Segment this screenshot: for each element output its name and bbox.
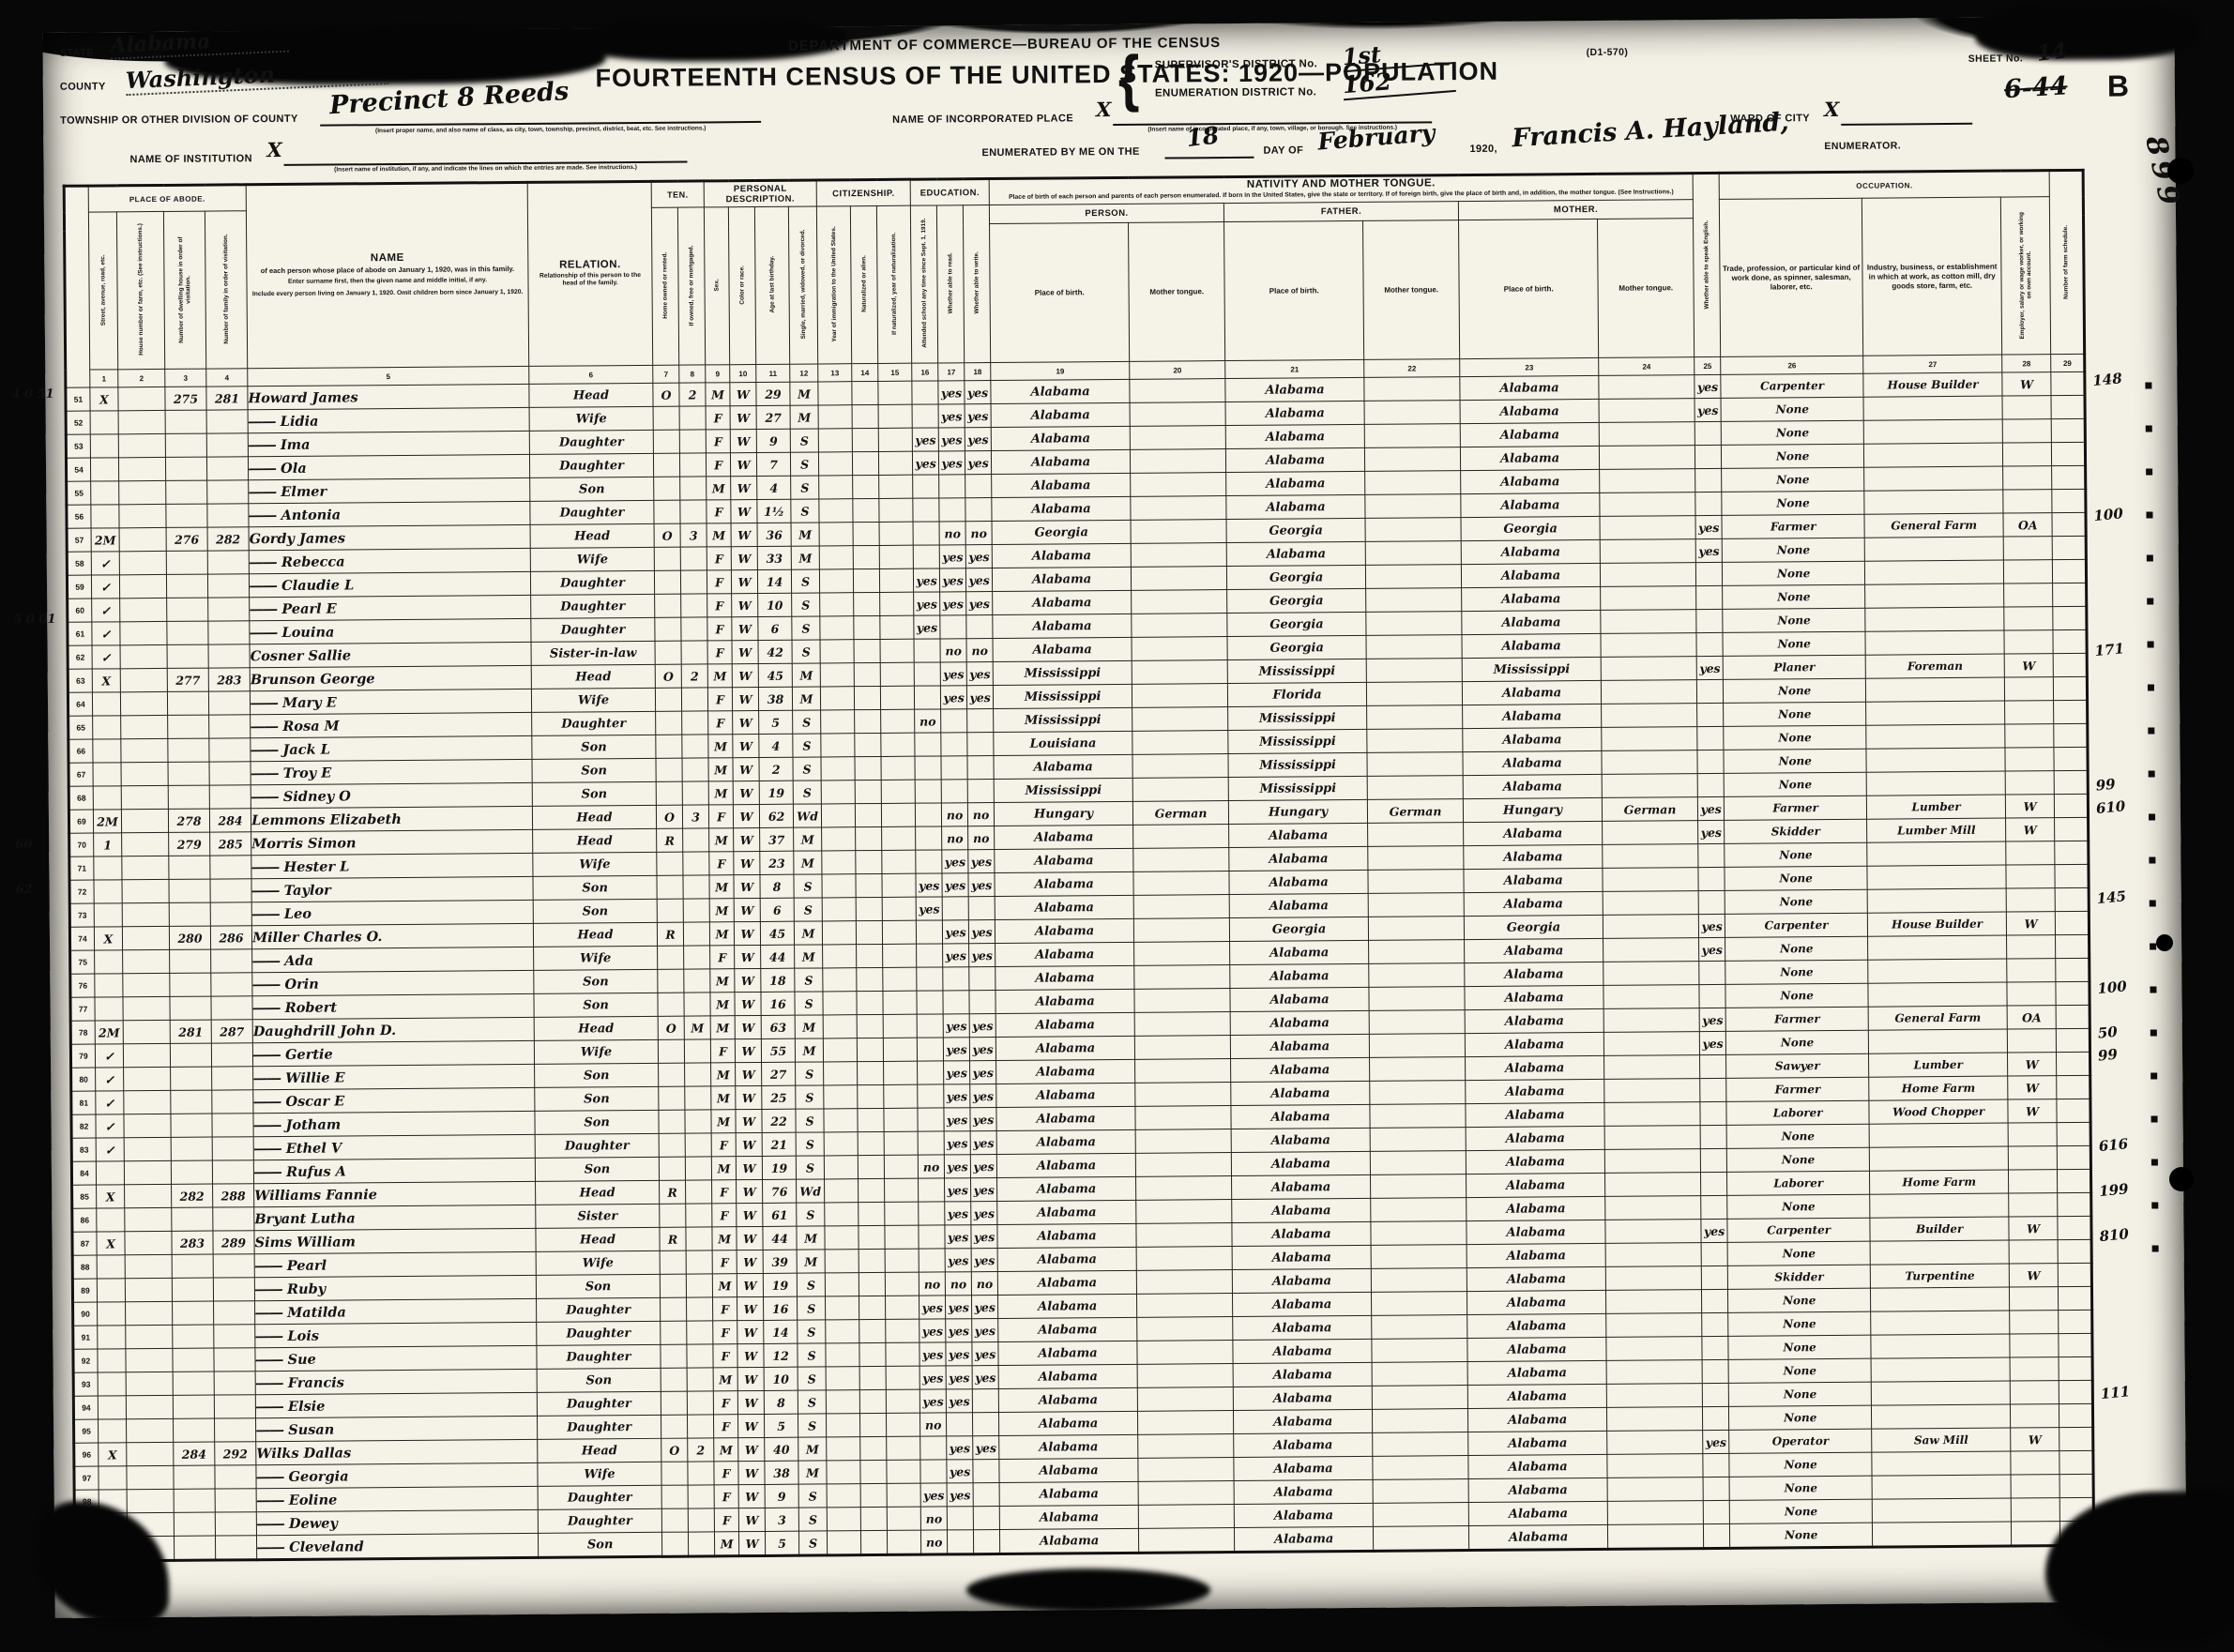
cell-rel: Son: [533, 875, 657, 900]
cell-race: W: [733, 757, 759, 781]
cell-e17: [941, 733, 967, 756]
left-margin-number: 5 0 01: [13, 613, 55, 627]
cell-emp: [2011, 1404, 2059, 1428]
col-header-18: Whether able to write.: [963, 205, 990, 363]
cell-hn: [126, 1348, 173, 1372]
cell-c15: [883, 1014, 917, 1038]
cell-emp: [2004, 584, 2053, 607]
cell-ft: [1367, 752, 1463, 777]
cell-name: Bryant Lutha: [254, 1205, 536, 1230]
cell-occ: None: [1729, 1499, 1872, 1523]
cell-e16: [915, 686, 941, 709]
right-margin-number: 50: [2097, 1023, 2118, 1042]
cell-age: 22: [762, 1109, 796, 1132]
column-number: 10: [730, 364, 756, 382]
cell-c13: [820, 687, 854, 710]
cell-mar: M: [794, 921, 822, 945]
cell-dw: 277: [167, 668, 208, 691]
cell-own: O: [653, 383, 679, 406]
cell-pb: Alabama: [991, 402, 1130, 427]
cell-e16: yes: [913, 451, 939, 475]
cell-c13: [821, 734, 855, 757]
cell-occ: Sawyer: [1726, 1053, 1869, 1078]
cell-age: 21: [762, 1132, 796, 1156]
enumerated-year: 1920,: [1469, 144, 1497, 155]
cell-st: ✓: [96, 1138, 124, 1161]
cell-st: [96, 1161, 124, 1185]
cell-eng: yes: [1696, 656, 1723, 679]
cell-e16: no: [919, 1272, 945, 1296]
cell-hn: [127, 1489, 174, 1512]
cell-c14: [859, 1202, 885, 1225]
cell-c14: [860, 1436, 887, 1460]
cell-fb: Alabama: [1233, 1386, 1372, 1410]
cell-race: W: [730, 429, 756, 452]
cell-name: ―― Oscar E: [253, 1087, 535, 1113]
cell-pt: [1132, 754, 1228, 779]
cell-sex: M: [711, 1110, 736, 1133]
cell-st: [93, 786, 121, 810]
cell-mt: [1606, 1337, 1702, 1361]
cell-fb: Hungary: [1228, 799, 1367, 824]
cell-farm: [2054, 747, 2088, 770]
cell-hn: [126, 1395, 173, 1418]
cell-fb: Alabama: [1233, 1292, 1372, 1316]
cell-name: ―― Mary E: [250, 689, 531, 714]
cell-ft: [1369, 963, 1465, 988]
cell-own: [654, 477, 680, 500]
cell-fb: Georgia: [1226, 518, 1365, 542]
cell-occ: None: [1725, 1030, 1868, 1054]
cell-fm: [681, 641, 707, 664]
cell-mb: Alabama: [1463, 727, 1602, 751]
column-number: 25: [1694, 356, 1721, 374]
cell-occ: None: [1724, 772, 1866, 796]
cell-race: W: [736, 1085, 762, 1109]
cell-pt: [1134, 965, 1230, 990]
cell-eng: yes: [1698, 796, 1725, 820]
cell-st: [93, 739, 121, 763]
cell-c15: [886, 1296, 919, 1319]
cell-e17: yes: [942, 920, 968, 944]
cell-hn: [124, 1160, 171, 1184]
column-number: 13: [818, 364, 852, 382]
cell-fb: Mississippi: [1228, 729, 1367, 753]
cell-ind: [1866, 748, 2005, 772]
cell-sex: F: [710, 1039, 735, 1063]
cell-name: ―― Pearl: [254, 1251, 536, 1277]
cell-fam: [211, 973, 252, 996]
cell-mb: Alabama: [1468, 1478, 1607, 1502]
cell-farm: [2057, 1145, 2090, 1169]
cell-e18: no: [965, 522, 992, 545]
cell-rel: Wife: [534, 1039, 658, 1064]
cell-fb: Alabama: [1226, 471, 1365, 495]
cell-name: ―― Orin: [252, 970, 534, 995]
cell-age: 2: [759, 757, 793, 781]
cell-fam: 283: [208, 668, 250, 691]
left-margin-number: 4 0 51: [11, 387, 53, 402]
cell-rel: Son: [535, 1086, 659, 1111]
cell-race: W: [731, 546, 757, 569]
cell-name: ―― Rosa M: [251, 712, 532, 737]
cell-st: X: [99, 1443, 127, 1466]
cell-mb: Alabama: [1467, 1243, 1605, 1267]
cell-mar: S: [793, 781, 821, 804]
cell-c14: [855, 733, 881, 756]
cell-age: 10: [764, 1367, 798, 1390]
column-number: 16: [912, 363, 938, 381]
cell-pt: [1133, 895, 1229, 919]
cell-pb: Alabama: [999, 1505, 1138, 1529]
cell-name: ―― Antonia: [249, 501, 530, 526]
column-number: 26: [1721, 356, 1863, 374]
cell-fm: [683, 875, 709, 899]
cell-c14: [856, 826, 882, 850]
cell-rel: Daughter: [532, 711, 656, 735]
cell-c13: [827, 1461, 860, 1484]
person-pob-header: Place of birth.: [990, 222, 1130, 362]
cell-e16: yes: [914, 615, 940, 639]
cell-sex: M: [711, 1157, 736, 1180]
cell-hn: [125, 1254, 172, 1278]
cell-mt: [1601, 680, 1696, 705]
cell-fm: [679, 406, 706, 430]
column-number: 1: [90, 370, 118, 387]
line-number: 73: [69, 903, 94, 927]
cell-fam: [210, 856, 251, 879]
cell-eng: yes: [1698, 914, 1725, 937]
cell-emp: [2005, 748, 2054, 771]
cell-st: 2M: [91, 528, 119, 552]
cell-fm: M: [684, 1016, 710, 1039]
cell-occ: Skidder: [1725, 819, 1867, 843]
cell-eng: [1698, 867, 1725, 890]
cell-pt: [1132, 614, 1227, 638]
cell-rel: Daughter: [537, 1344, 661, 1369]
cell-fam: [212, 1067, 253, 1090]
cell-occ: None: [1728, 1311, 1871, 1336]
cell-fb: Alabama: [1232, 1198, 1371, 1222]
cell-age: 37: [760, 827, 794, 851]
cell-mb: Alabama: [1462, 563, 1601, 587]
cell-pb: Alabama: [995, 942, 1134, 966]
line-number-column-header: [64, 186, 90, 387]
cell-e18: [973, 1506, 999, 1529]
cell-age: 55: [761, 1038, 795, 1062]
cell-pt: [1132, 567, 1227, 591]
cell-age: 16: [764, 1296, 798, 1320]
cell-occ: None: [1726, 1124, 1869, 1148]
column-number: 5: [248, 366, 529, 386]
cell-rel: Wife: [530, 547, 654, 571]
cell-e16: no: [921, 1530, 948, 1554]
cell-fb: Alabama: [1225, 401, 1364, 425]
cell-c15: [886, 1342, 919, 1366]
col-header-14: Naturalized or alien.: [850, 205, 877, 363]
cell-mt: [1601, 563, 1696, 587]
cell-c14: [859, 1225, 885, 1249]
cell-ind: [1867, 888, 2006, 913]
cell-name: ―― Claudie L: [249, 571, 530, 597]
cell-rel: Son: [534, 993, 658, 1017]
cell-sex: M: [714, 1438, 738, 1462]
cell-rel: Son: [536, 1274, 660, 1298]
cell-ft: [1368, 846, 1464, 871]
cell-c14: [853, 522, 879, 545]
cell-occ: None: [1725, 866, 1867, 890]
cell-fm: [683, 922, 709, 946]
cell-c13: [819, 476, 853, 499]
cell-e18: yes: [965, 404, 991, 428]
cell-eng: [1702, 1312, 1728, 1336]
cell-e18: yes: [970, 1130, 996, 1154]
farm-schedule-label: Number of farm schedule.: [2062, 225, 2070, 299]
cell-c15: [883, 1038, 917, 1061]
cell-hn: [122, 879, 169, 902]
cell-mar: S: [792, 616, 820, 640]
cell-age: 38: [765, 1461, 798, 1484]
cell-ind: [1866, 771, 2005, 796]
cell-pb: Mississippi: [994, 778, 1132, 802]
attended-school-label: Attended school any time since Sept. 1, …: [920, 219, 929, 348]
cell-e17: yes: [947, 1436, 973, 1460]
cell-e17: no: [942, 826, 968, 850]
cell-fb: Alabama: [1225, 424, 1364, 448]
cell-c15: [887, 1413, 920, 1436]
cell-mar: S: [798, 1484, 827, 1508]
cell-own: [656, 735, 682, 758]
cell-dw: [171, 1160, 212, 1184]
cell-ind: [1873, 1522, 2012, 1547]
cell-e18: yes: [971, 1201, 997, 1224]
cell-sex: F: [707, 641, 732, 664]
cell-farm: [2051, 371, 2085, 395]
cell-sex: F: [712, 1204, 737, 1227]
cell-fam: [210, 902, 251, 926]
line-number: 57: [67, 528, 91, 552]
cell-ind: House Builder: [1867, 912, 2006, 936]
cell-occ: Farmer: [1722, 514, 1864, 538]
cell-pb: Alabama: [998, 1294, 1137, 1318]
cell-emp: [2005, 724, 2054, 748]
cell-rel: Head: [532, 805, 656, 829]
cell-own: [661, 1462, 688, 1485]
cell-name: ―― Matilda: [255, 1298, 537, 1324]
cell-age: 9: [756, 429, 790, 452]
cell-fm: [686, 1250, 712, 1274]
cell-mt: [1600, 493, 1695, 517]
cell-occ: None: [1725, 960, 1868, 984]
cell-hn: [119, 527, 166, 551]
cell-st: [95, 950, 123, 974]
cell-mar: M: [795, 945, 823, 968]
cell-fm: [685, 1110, 711, 1133]
cell-st: [93, 716, 121, 739]
cell-fb: Mississippi: [1228, 705, 1367, 730]
cell-hn: [118, 433, 165, 457]
cell-fb: Alabama: [1234, 1409, 1373, 1433]
column-number: 3: [165, 369, 206, 386]
cell-mt: [1600, 539, 1695, 564]
cell-hn: [120, 644, 167, 668]
cell-mar: S: [797, 1203, 825, 1226]
cell-c13: [821, 804, 855, 827]
cell-pb: Alabama: [997, 1200, 1136, 1224]
cell-e16: [913, 545, 939, 568]
cell-occ: None: [1723, 631, 1865, 656]
cell-age: 39: [763, 1250, 797, 1273]
cell-mt: [1603, 821, 1698, 845]
cell-occ: None: [1721, 420, 1863, 445]
cell-mar: S: [795, 968, 823, 992]
cell-own: [657, 875, 683, 899]
cell-emp: [2006, 865, 2055, 888]
cell-farm: [2058, 1216, 2091, 1239]
cell-c13: [823, 1015, 857, 1038]
cell-c13: [823, 992, 857, 1015]
cell-e16: [919, 1225, 945, 1249]
cell-ft: [1372, 1315, 1467, 1340]
cell-sex: M: [708, 781, 733, 805]
cell-c14: [855, 756, 881, 780]
cell-c13: [818, 429, 852, 452]
cell-farm: [2053, 606, 2087, 629]
cell-c15: [886, 1319, 919, 1342]
cell-mb: Georgia: [1464, 915, 1603, 939]
cell-name: ―― Taylor: [251, 876, 533, 902]
cell-c13: [824, 1109, 858, 1132]
cell-st: ✓: [95, 1044, 123, 1068]
cell-ind: General Farm: [1868, 1006, 2007, 1030]
cell-emp: W: [2006, 912, 2055, 935]
cell-e16: yes: [914, 568, 940, 592]
column-number: 24: [1599, 357, 1694, 376]
cell-ind: [1872, 1475, 2011, 1499]
cell-mb: Alabama: [1467, 1220, 1605, 1244]
ward-fill-line: [1841, 123, 1972, 126]
cell-hn: [119, 480, 166, 504]
cell-st: ✓: [92, 645, 120, 669]
cell-c15: [881, 709, 915, 733]
cell-rel: Son: [535, 1063, 659, 1087]
cell-fam: 286: [210, 926, 251, 949]
cell-ind: [1864, 443, 2003, 467]
cell-farm: [2052, 489, 2086, 512]
cell-e17: yes: [939, 451, 965, 475]
cell-e18: yes: [965, 545, 992, 568]
cell-rel: Daughter: [537, 1391, 661, 1416]
cell-e17: yes: [938, 404, 965, 428]
cell-c13: [826, 1320, 859, 1343]
cell-own: [661, 1391, 687, 1415]
cell-fam: [209, 738, 251, 762]
cell-fam: [210, 879, 251, 902]
cell-rel: Son: [530, 477, 654, 501]
cell-pt: [1130, 402, 1225, 427]
cell-ind: [1871, 1357, 2010, 1382]
cell-ind: [1867, 865, 2006, 889]
cell-eng: [1699, 961, 1725, 984]
cell-pb: Alabama: [995, 1036, 1134, 1060]
cell-fam: 285: [210, 832, 251, 856]
cell-mar: S: [798, 1367, 826, 1390]
cell-dw: [174, 1512, 215, 1536]
cell-ind: [1868, 959, 2007, 983]
cell-fm: [687, 1297, 713, 1321]
cell-fb: Alabama: [1229, 870, 1368, 894]
dwelling-number-label: Number of dwelling house in order of vis…: [177, 222, 192, 356]
cell-eng: [1702, 1336, 1728, 1359]
cell-st: [98, 1372, 126, 1396]
cell-e18: [969, 991, 995, 1014]
cell-rel: Daughter: [538, 1485, 661, 1509]
cell-occ: None: [1725, 889, 1867, 914]
cell-c14: [854, 592, 880, 615]
cell-mb: Alabama: [1461, 446, 1600, 470]
right-margin-number: 99: [2097, 1046, 2118, 1065]
cell-eng: [1700, 1078, 1726, 1101]
cell-emp: [2008, 1146, 2057, 1170]
cell-ind: Wood Chopper: [1869, 1099, 2008, 1124]
cell-emp: [2010, 1287, 2059, 1311]
cell-occ: None: [1727, 1194, 1870, 1219]
cell-c14: [854, 686, 880, 709]
cell-e17: [939, 475, 965, 498]
cell-emp: [2010, 1357, 2059, 1381]
line-number: 56: [67, 505, 91, 528]
cell-mar: M: [791, 546, 819, 569]
cell-name: Howard James: [248, 384, 529, 409]
column-number: 7: [653, 365, 679, 383]
punch-hole: [2167, 158, 2194, 184]
cell-mb: Hungary: [1463, 797, 1602, 822]
cell-own: [658, 946, 684, 969]
cell-mt: [1604, 1126, 1700, 1150]
cell-name: ―― Jotham: [253, 1111, 535, 1136]
cell-mt: [1604, 1102, 1700, 1127]
cell-e16: [917, 1038, 943, 1061]
cell-occ: Laborer: [1726, 1100, 1869, 1125]
col-header-7: Home owned or rented.: [651, 207, 678, 365]
cell-rel: Daughter: [529, 453, 653, 477]
cell-pb: Hungary: [994, 801, 1132, 826]
cell-mb: Alabama: [1460, 399, 1599, 423]
cell-occ: Carpenter: [1727, 1218, 1870, 1242]
cell-c15: [881, 733, 915, 756]
ward-value: X: [1824, 98, 1839, 121]
column-number: 28: [2002, 355, 2051, 372]
cell-mb: Mississippi: [1462, 657, 1601, 681]
cell-fm: [688, 1508, 714, 1532]
cell-ft: [1369, 1010, 1465, 1035]
cell-mb: Alabama: [1461, 539, 1600, 564]
cell-farm: [2059, 1474, 2093, 1497]
cell-farm: [2054, 794, 2088, 817]
cell-e18: [973, 1482, 999, 1506]
cell-farm: [2059, 1333, 2092, 1356]
cell-emp: W: [2002, 372, 2051, 396]
cell-own: [661, 1321, 687, 1344]
cell-emp: [2003, 490, 2052, 513]
cell-ind: Home Farm: [1869, 1076, 2008, 1100]
cell-sex: F: [706, 430, 730, 453]
cell-c13: [822, 827, 856, 851]
cell-ft: [1372, 1386, 1467, 1410]
cell-emp: W: [2005, 795, 2054, 818]
cell-mt: [1607, 1478, 1703, 1502]
cell-eng: [1701, 1266, 1727, 1289]
